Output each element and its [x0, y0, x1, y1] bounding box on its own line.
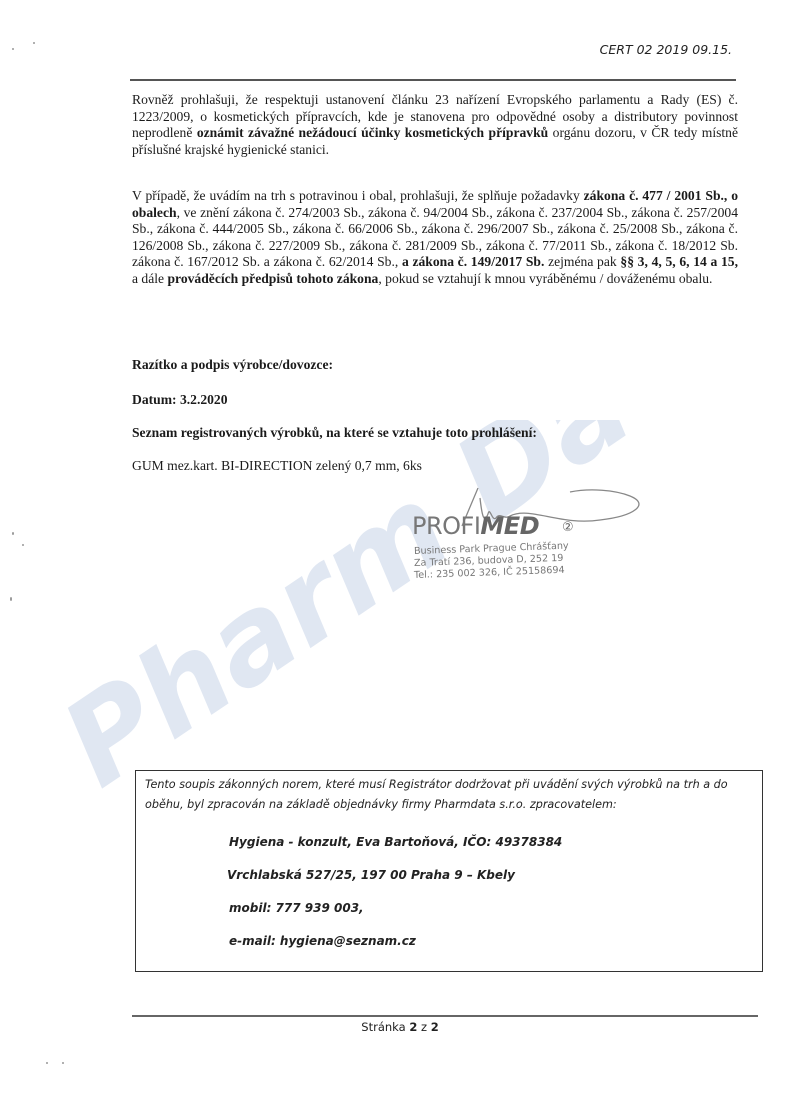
compiler-email: e-mail: hygiena@seznam.cz	[229, 934, 416, 948]
text: a dále	[132, 271, 167, 286]
scan-speck	[46, 1062, 48, 1064]
text: zejména pak	[544, 254, 620, 269]
logo-heavy-text: MED	[480, 512, 539, 540]
box-intro-text: Tento soupis zákonných norem, které musí…	[145, 775, 755, 815]
header-rule	[130, 79, 736, 81]
compiler-company: Hygiena - konzult, Eva Bartoňová, IČO: 4…	[229, 835, 562, 849]
page-total: 2	[431, 1020, 439, 1034]
scan-speck	[33, 42, 35, 44]
bold-text: prováděcích předpisů tohoto zákona	[167, 271, 378, 286]
stamp-number-icon: ②	[562, 520, 574, 535]
compiler-mobile: mobil: 777 939 003,	[229, 901, 364, 915]
scan-speck	[62, 1062, 64, 1064]
bold-text: Seznam registrovaných výrobků, na které …	[132, 425, 537, 440]
bold-text: a zákona č. 149/2017 Sb.	[402, 254, 544, 269]
packaging-declaration-paragraph: V případě, že uvádím na trh s potravinou…	[132, 188, 738, 287]
profimed-logo: PROFIMED	[412, 512, 539, 540]
text: V případě, že uvádím na trh s potravinou…	[132, 188, 584, 203]
stamp-signature-label: Razítko a podpis výrobce/dovozce:	[132, 357, 333, 374]
bold-text: Razítko a podpis výrobce/dovozce:	[132, 357, 333, 372]
scan-speck	[12, 532, 14, 535]
page-prefix: Stránka	[361, 1020, 409, 1034]
compiler-address: Vrchlabská 527/25, 197 00 Praha 9 – Kbel…	[227, 868, 515, 882]
date-label: Datum: 3.2.2020	[132, 392, 228, 409]
document-reference: CERT 02 2019 09.15.	[600, 42, 732, 57]
compiler-info-box: Tento soupis zákonných norem, které musí…	[135, 770, 763, 972]
cosmetics-declaration-paragraph: Rovněž prohlašuji, že respektuji ustanov…	[132, 92, 738, 158]
bold-text: Datum: 3.2.2020	[132, 392, 228, 407]
scan-speck	[10, 597, 12, 601]
page-number: Stránka 2 z 2	[0, 1020, 800, 1034]
page-separator: z	[417, 1020, 430, 1034]
bold-text: §§ 3, 4, 5, 6, 14 a 15,	[620, 254, 738, 269]
product-item: GUM mez.kart. BI-DIRECTION zelený 0,7 mm…	[132, 458, 422, 475]
bold-text: oznámit závažné nežádoucí účinky kosmeti…	[197, 125, 548, 140]
scan-speck	[22, 544, 24, 546]
text: , pokud se vztahují k mnou vyráběnému / …	[378, 271, 712, 286]
company-stamp: PROFIMED ② Business Park Prague Chrášťan…	[400, 476, 660, 596]
products-list-label: Seznam registrovaných výrobků, na které …	[132, 425, 537, 442]
footer-rule	[132, 1015, 758, 1017]
scan-speck	[12, 48, 14, 50]
logo-light-text: PROFI	[412, 512, 480, 540]
